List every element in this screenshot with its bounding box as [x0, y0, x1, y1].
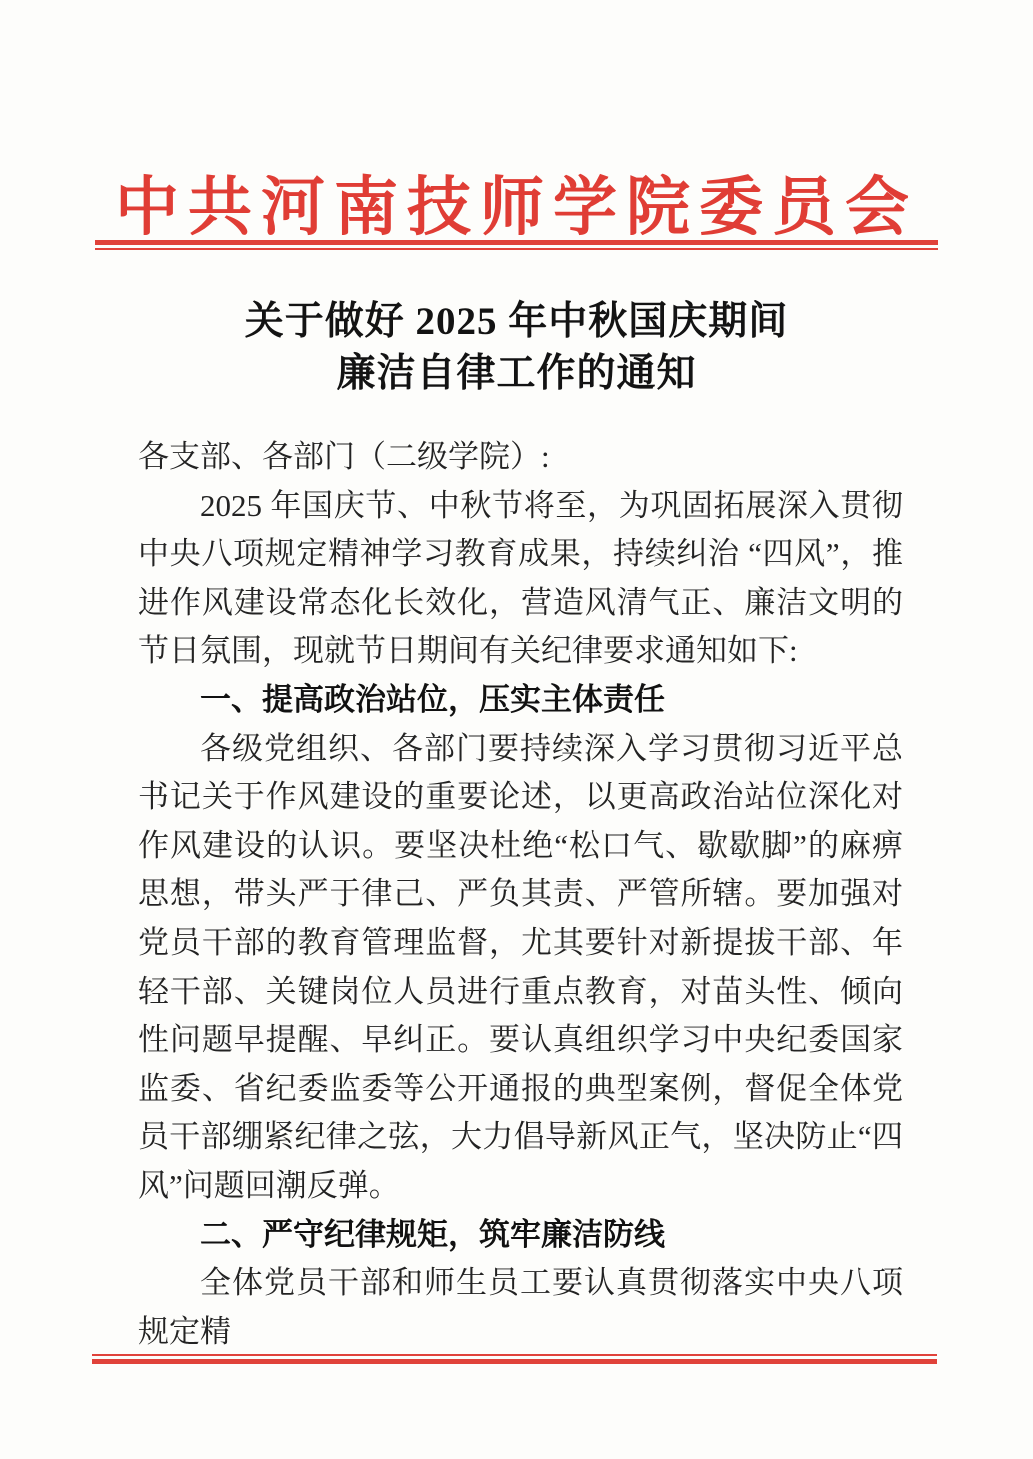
salutation: 各支部、各部门（二级学院）:	[138, 433, 903, 482]
document-title-line1: 关于做好 2025 年中秋国庆期间	[245, 300, 789, 343]
section-1-heading: 一、提高政治站位，压实主体责任	[138, 676, 903, 725]
document-body: 各支部、各部门（二级学院）: 2025 年国庆节、中秋节将至，为巩固拓展深入贯彻…	[138, 433, 903, 1356]
letterhead-divider-thin-line	[95, 248, 938, 250]
document-title-line2: 廉洁自律工作的通知	[336, 352, 696, 395]
letterhead-org-name: 中共河南技师学院委员会	[0, 156, 1033, 248]
letterhead-divider-thick-line	[95, 240, 938, 245]
footer-divider-thin-line	[92, 1354, 937, 1356]
footer-divider-thick-line	[92, 1359, 937, 1364]
section-1-paragraph: 各级党组织、各部门要持续深入学习贯彻习近平总书记关于作风建设的重要论述，以更高政…	[138, 725, 903, 1211]
section-2-heading: 二、严守纪律规矩，筑牢廉洁防线	[138, 1211, 903, 1260]
document-title: 关于做好 2025 年中秋国庆期间 廉洁自律工作的通知	[0, 296, 1033, 400]
document-page: 中共河南技师学院委员会 关于做好 2025 年中秋国庆期间 廉洁自律工作的通知 …	[0, 0, 1033, 1459]
section-2-paragraph: 全体党员干部和师生员工要认真贯彻落实中央八项规定精	[138, 1259, 903, 1356]
letterhead-divider	[95, 240, 938, 250]
footer-divider	[92, 1354, 937, 1364]
intro-paragraph: 2025 年国庆节、中秋节将至，为巩固拓展深入贯彻中央八项规定精神学习教育成果，…	[138, 482, 903, 676]
